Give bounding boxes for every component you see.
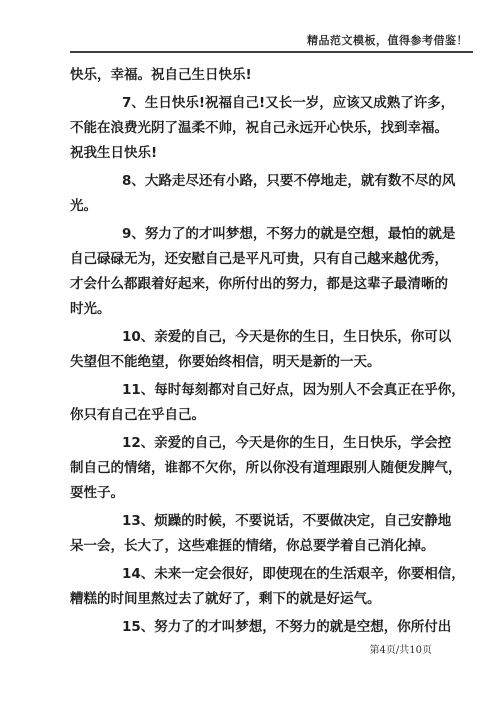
document-page: 精品范文模板，值得参考借鉴！ 快乐，幸福。祝自己生日快乐!7、生日快乐!祝福自己… bbox=[0, 0, 500, 707]
text-line: 呆一会，长大了，这些难捱的情绪，你总要学着自己消化掉。 bbox=[70, 534, 448, 559]
paragraph: 14、未来一定会很好，即使现在的生活艰辛，你要相信，糟糕的时间里熬过去了就好了，… bbox=[70, 562, 448, 612]
text-line: 11、每时每刻都对自己好点，因为别人不会真正在乎你， bbox=[70, 378, 448, 403]
paragraph: 13、烦躁的时候，不要说话，不要做决定，自己安静地呆一会，长大了，这些难捱的情绪… bbox=[70, 509, 448, 559]
header-rule bbox=[70, 51, 473, 53]
text-line: 制自己的情绪，谁都不欠你，所以你没有道理跟别人随便发脾气， bbox=[70, 456, 448, 481]
paragraph: 9、努力了的才叫梦想，不努力的就是空想，最怕的就是自己碌碌无为，还安慰自己是平凡… bbox=[70, 222, 448, 322]
text-line: 快乐，幸福。祝自己生日快乐! bbox=[70, 63, 448, 88]
text-line: 不能在浪费光阴了温柔不帅，祝自己永远开心快乐，找到幸福。 bbox=[70, 116, 448, 141]
paragraph: 12、亲爱的自己，今天是你的生日，生日快乐，学会控制自己的情绪，谁都不欠你，所以… bbox=[70, 431, 448, 506]
text-line: 祝我生日快乐! bbox=[70, 141, 448, 166]
text-line: 7、生日快乐!祝福自己!又长一岁，应该又成熟了许多， bbox=[70, 91, 448, 116]
text-line: 10、亲爱的自己，今天是你的生日，生日快乐，你可以 bbox=[70, 325, 448, 350]
page-number-indicator: 第4页/共10页 bbox=[370, 645, 432, 656]
text-line: 15、努力了的才叫梦想，不努力的就是空想，你所付出 bbox=[70, 615, 448, 640]
text-line: 9、努力了的才叫梦想，不努力的就是空想，最怕的就是 bbox=[70, 222, 448, 247]
text-line: 糟糕的时间里熬过去了就好了，剩下的就是好运气。 bbox=[70, 587, 448, 612]
paragraph: 10、亲爱的自己，今天是你的生日，生日快乐，你可以失望但不能绝望，你要始终相信，… bbox=[70, 325, 448, 375]
document-body: 快乐，幸福。祝自己生日快乐!7、生日快乐!祝福自己!又长一岁，应该又成熟了许多，… bbox=[70, 63, 448, 643]
text-line: 13、烦躁的时候，不要说话，不要做决定，自己安静地 bbox=[70, 509, 448, 534]
paragraph: 8、大路走尽还有小路，只要不停地走，就有数不尽的风光。 bbox=[70, 169, 448, 219]
paragraph: 15、努力了的才叫梦想，不努力的就是空想，你所付出 bbox=[70, 615, 448, 640]
text-line: 你只有自己在乎自己。 bbox=[70, 403, 448, 428]
page-header: 精品范文模板，值得参考借鉴！ bbox=[0, 34, 468, 48]
text-line: 才会什么都跟着好起来，你所付出的努力，都是这辈子最清晰的 bbox=[70, 272, 448, 297]
paragraph: 7、生日快乐!祝福自己!又长一岁，应该又成熟了许多，不能在浪费光阴了温柔不帅，祝… bbox=[70, 91, 448, 166]
text-line: 14、未来一定会很好，即使现在的生活艰辛，你要相信， bbox=[70, 562, 448, 587]
text-line: 耍性子。 bbox=[70, 481, 448, 506]
text-line: 光。 bbox=[70, 194, 448, 219]
text-line: 自己碌碌无为，还安慰自己是平凡可贵，只有自己越来越优秀， bbox=[70, 247, 448, 272]
paragraph: 11、每时每刻都对自己好点，因为别人不会真正在乎你，你只有自己在乎自己。 bbox=[70, 378, 448, 428]
text-line: 失望但不能绝望，你要始终相信，明天是新的一天。 bbox=[70, 350, 448, 375]
paragraph: 快乐，幸福。祝自己生日快乐! bbox=[70, 63, 448, 88]
text-line: 8、大路走尽还有小路，只要不停地走，就有数不尽的风 bbox=[70, 169, 448, 194]
text-line: 时光。 bbox=[70, 297, 448, 322]
page-footer: 第4页/共10页 bbox=[0, 644, 432, 658]
header-slogan: 精品范文模板，值得参考借鉴！ bbox=[307, 34, 468, 47]
text-line: 12、亲爱的自己，今天是你的生日，生日快乐，学会控 bbox=[70, 431, 448, 456]
